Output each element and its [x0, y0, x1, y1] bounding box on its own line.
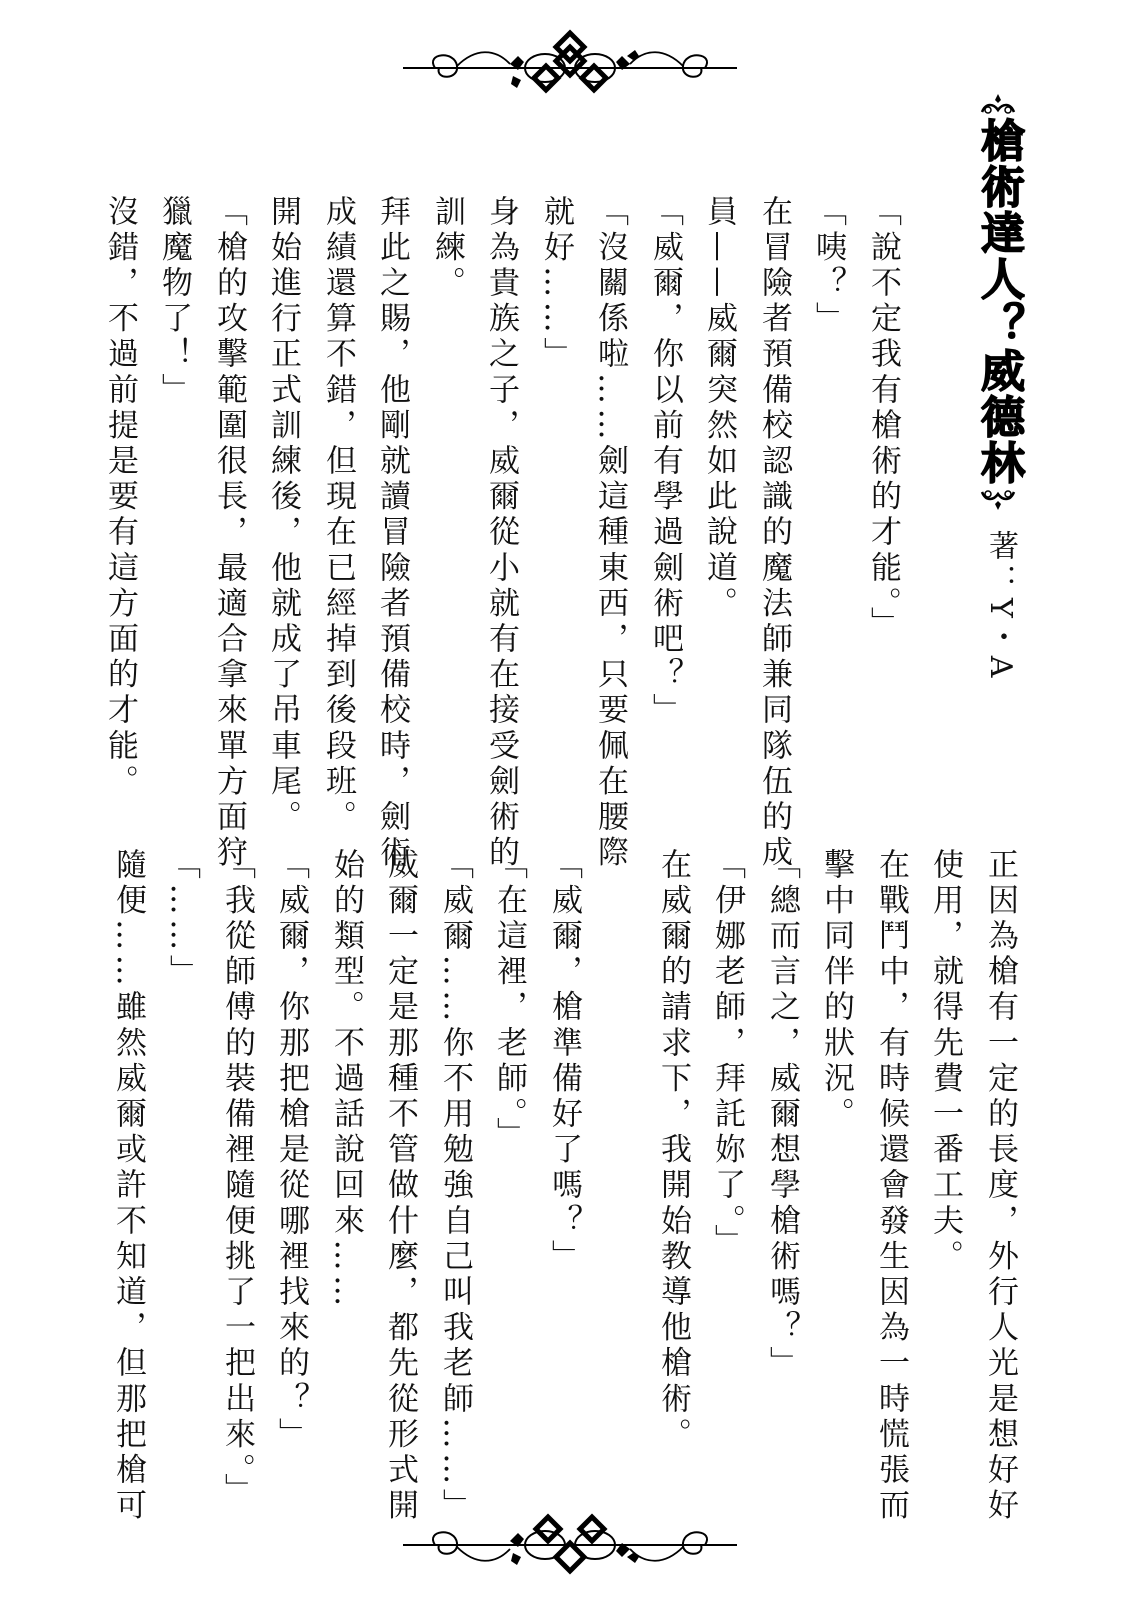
text-column: 威爾一定是那種不管做什麼，都先從形式開: [383, 848, 417, 1524]
text-column: 使用，就得先費一番工夫。: [928, 848, 962, 1275]
text-column: 「威爾，槍準備好了嗎？」: [547, 848, 581, 1275]
text-column: 在冒險者預備校認識的魔法師兼同隊伍的成: [757, 195, 791, 871]
text-column: 「沒關係啦……劍這種東西，只要佩在腰際: [593, 195, 627, 871]
text-column: 開始進行正式訓練後，他就成了吊車尾。: [266, 195, 300, 836]
text-column: 成績還算不錯，但現在已經掉到後段班。: [321, 195, 355, 836]
text-column: 始的類型。不過話說回來……: [329, 848, 363, 1311]
author-credit: 著：Y・A: [983, 530, 1017, 681]
text-column: 「槍的攻擊範圍很長，最適合拿來單方面狩: [212, 195, 246, 871]
text-column: 「威爾，你以前有學過劍術吧？」: [648, 195, 682, 729]
text-column: 在威爾的請求下，我開始教導他槍術。: [656, 848, 690, 1453]
fleuron-top-icon: [978, 92, 1018, 118]
text-column: 員——威爾突然如此說道。: [702, 195, 736, 622]
text-column: 「威爾，你那把槍是從哪裡找來的？」: [274, 848, 308, 1453]
text-column: 就好……」: [539, 195, 573, 373]
text-column: 「我從師傅的裝備裡隨便挑了一把出來。」: [220, 848, 254, 1509]
text-column: 「總而言之，威爾想學槍術嗎？」: [765, 848, 799, 1382]
text-column: 「……」: [165, 848, 199, 990]
chapter-title-block: 槍術達人？威德林: [968, 92, 1028, 512]
text-column: 正因為槍有一定的長度，外行人光是想好好: [983, 848, 1017, 1524]
text-column: 在戰鬥中，有時候還會發生因為一時慌張而: [874, 848, 908, 1524]
text-column: 「說不定我有槍術的才能。」: [866, 195, 900, 642]
text-column: 沒錯，不過前提是要有這方面的才能。: [103, 195, 137, 800]
chapter-title: 槍術達人？威德林: [970, 118, 1026, 486]
text-column: 身為貴族之子，威爾從小就有在接受劍術的: [484, 195, 518, 871]
scroll-divider-ornament-bottom: [395, 1505, 745, 1575]
text-column: 訓練。: [430, 195, 464, 302]
text-column: 擊中同伴的狀況。: [819, 848, 853, 1133]
text-column: 「咦？」: [811, 195, 845, 337]
text-column: 獵魔物了！」: [157, 195, 191, 409]
text-column: 拜此之賜，他剛就讀冒險者預備校時，劍術: [375, 195, 409, 871]
text-column: 隨便……雖然威爾或許不知道，但那把槍可: [111, 848, 145, 1524]
text-column: 「伊娜老師，拜託妳了。」: [710, 848, 744, 1260]
text-column: 「在這裡，老師。」: [492, 848, 526, 1153]
text-column: 「威爾……你不用勉強自己叫我老師……」: [438, 848, 472, 1524]
scroll-divider-ornament-top: [395, 28, 745, 98]
fleuron-bottom-icon: [978, 486, 1018, 512]
